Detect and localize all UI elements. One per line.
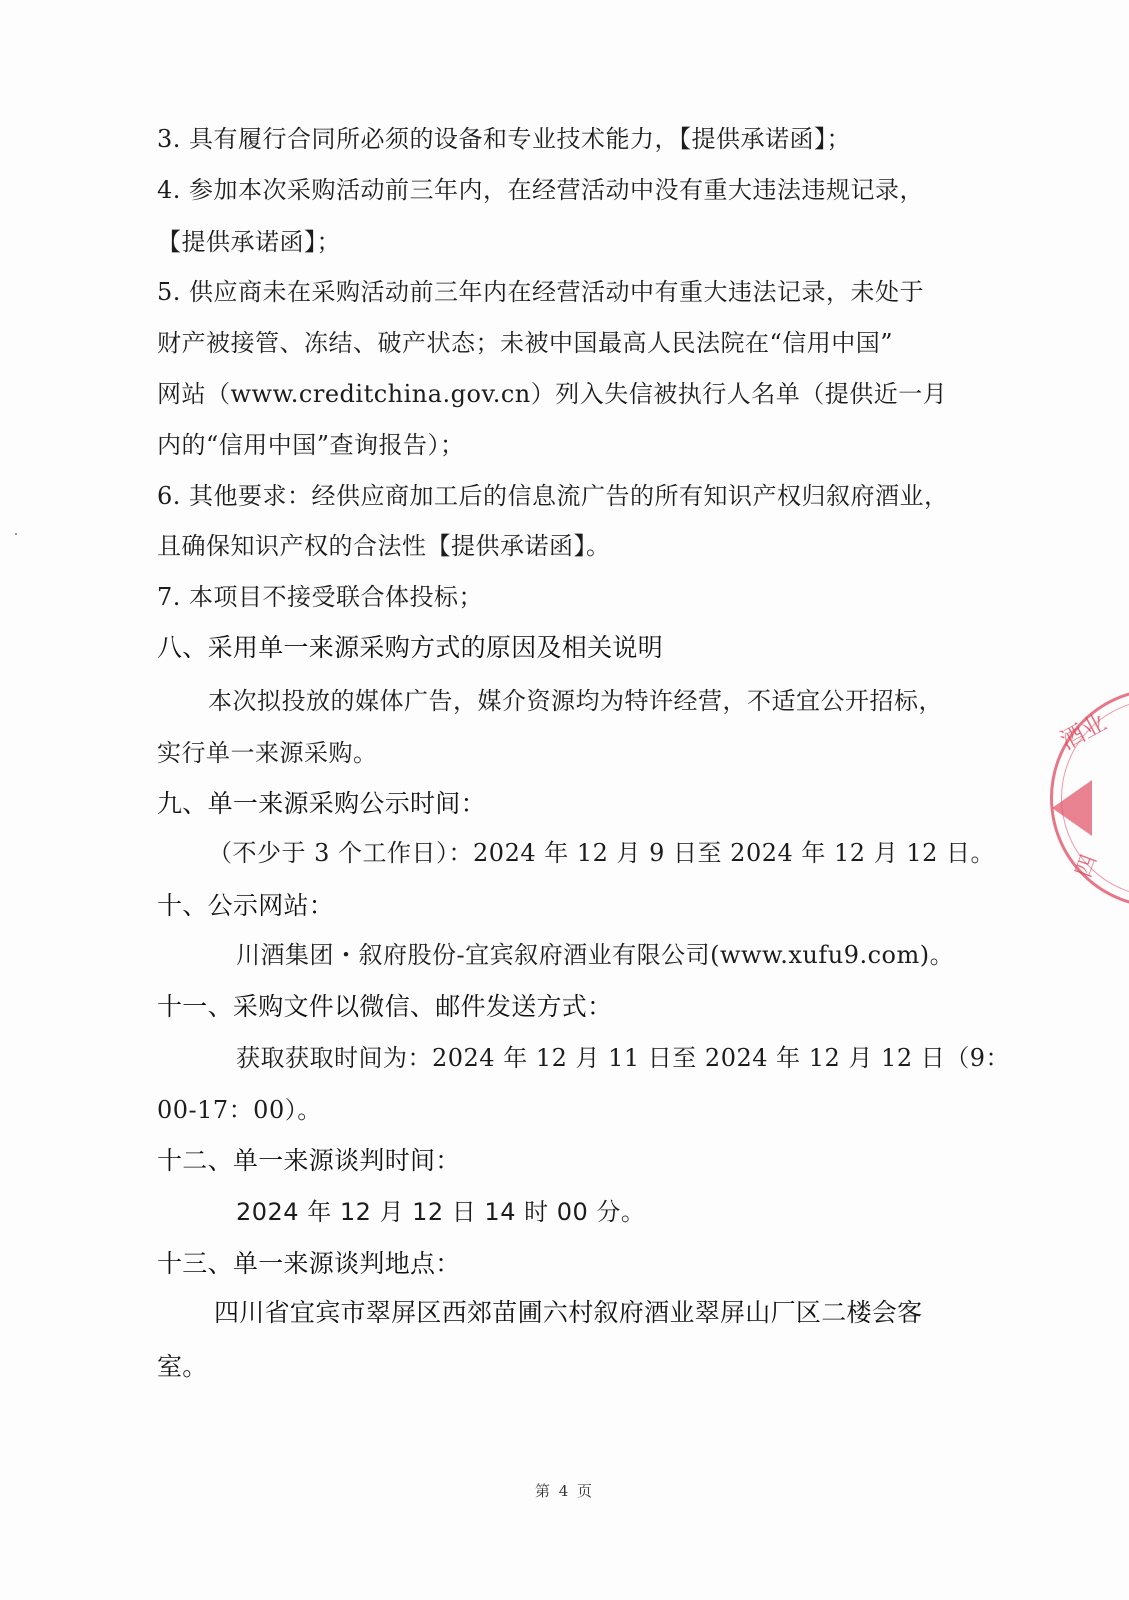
section-10-body: 川酒集团・叙府股份-宜宾叙府酒业有限公司(www.xufu9.com)。 — [236, 940, 954, 970]
requirement-4: 4. 参加本次采购活动前三年内，在经营活动中没有重大违法违规记录， — [157, 175, 924, 205]
requirement-5-cont-1: 财产被接管、冻结、破产状态；未被中国最高人民法院在“信用中国” — [157, 328, 893, 358]
section-11-body-2: 00-17：00）。 — [157, 1095, 322, 1125]
requirement-6: 6. 其他要求：经供应商加工后的信息流广告的所有知识产权归叙府酒业， — [157, 481, 949, 511]
section-8-body-2: 实行单一来源采购。 — [157, 738, 378, 768]
requirement-3: 3. 具有履行合同所必须的设备和专业技术能力，【提供承诺函】； — [157, 124, 851, 154]
section-13-body-2: 室。 — [157, 1352, 208, 1382]
requirement-5: 5. 供应商未在采购活动前三年内在经营活动中有重大违法记录，未处于 — [157, 277, 924, 307]
requirement-5-cont-3: 内的“信用中国”查询报告）； — [157, 430, 465, 460]
section-10-heading: 十、公示网站： — [157, 891, 334, 921]
section-11-body-1: 获取获取时间为：2024 年 12 月 11 日至 2024 年 12 月 12… — [236, 1043, 1010, 1073]
page-number: 第 4 页 — [0, 1480, 1129, 1501]
section-13-heading: 十三、单一来源谈判地点： — [157, 1249, 461, 1279]
section-12-heading: 十二、单一来源谈判时间： — [157, 1146, 461, 1176]
section-8-body-1: 本次拟投放的媒体广告，媒介资源均为特许经营，不适宜公开招标， — [208, 686, 943, 716]
section-12-body: 2024 年 12 月 12 日 14 时 00 分。 — [236, 1197, 645, 1227]
requirement-4-cont: 【提供承诺函】； — [157, 227, 341, 257]
section-9-body: （不少于 3 个工作日）：2024 年 12 月 9 日至 2024 年 12 … — [208, 838, 995, 868]
scan-speck — [15, 533, 17, 535]
requirement-6-cont: 且确保知识产权的合法性【提供承诺函】。 — [157, 531, 611, 561]
seal-star-icon — [1052, 780, 1092, 836]
section-11-heading: 十一、采购文件以微信、邮件发送方式： — [157, 992, 612, 1022]
document-page: 3. 具有履行合同所必须的设备和专业技术能力，【提供承诺函】； 4. 参加本次采… — [0, 0, 1129, 1600]
section-9-heading: 九、单一来源采购公示时间： — [157, 789, 486, 819]
section-8-heading: 八、采用单一来源采购方式的原因及相关说明 — [157, 633, 663, 663]
requirement-5-cont-2: 网站（www.creditchina.gov.cn）列入失信被执行人名单（提供近… — [157, 379, 947, 409]
section-13-body-1: 四川省宜宾市翠屏区西郊苗圃六村叙府酒业翠屏山厂区二楼会客 — [214, 1298, 922, 1328]
requirement-7: 7. 本项目不接受联合体投标； — [157, 582, 483, 612]
